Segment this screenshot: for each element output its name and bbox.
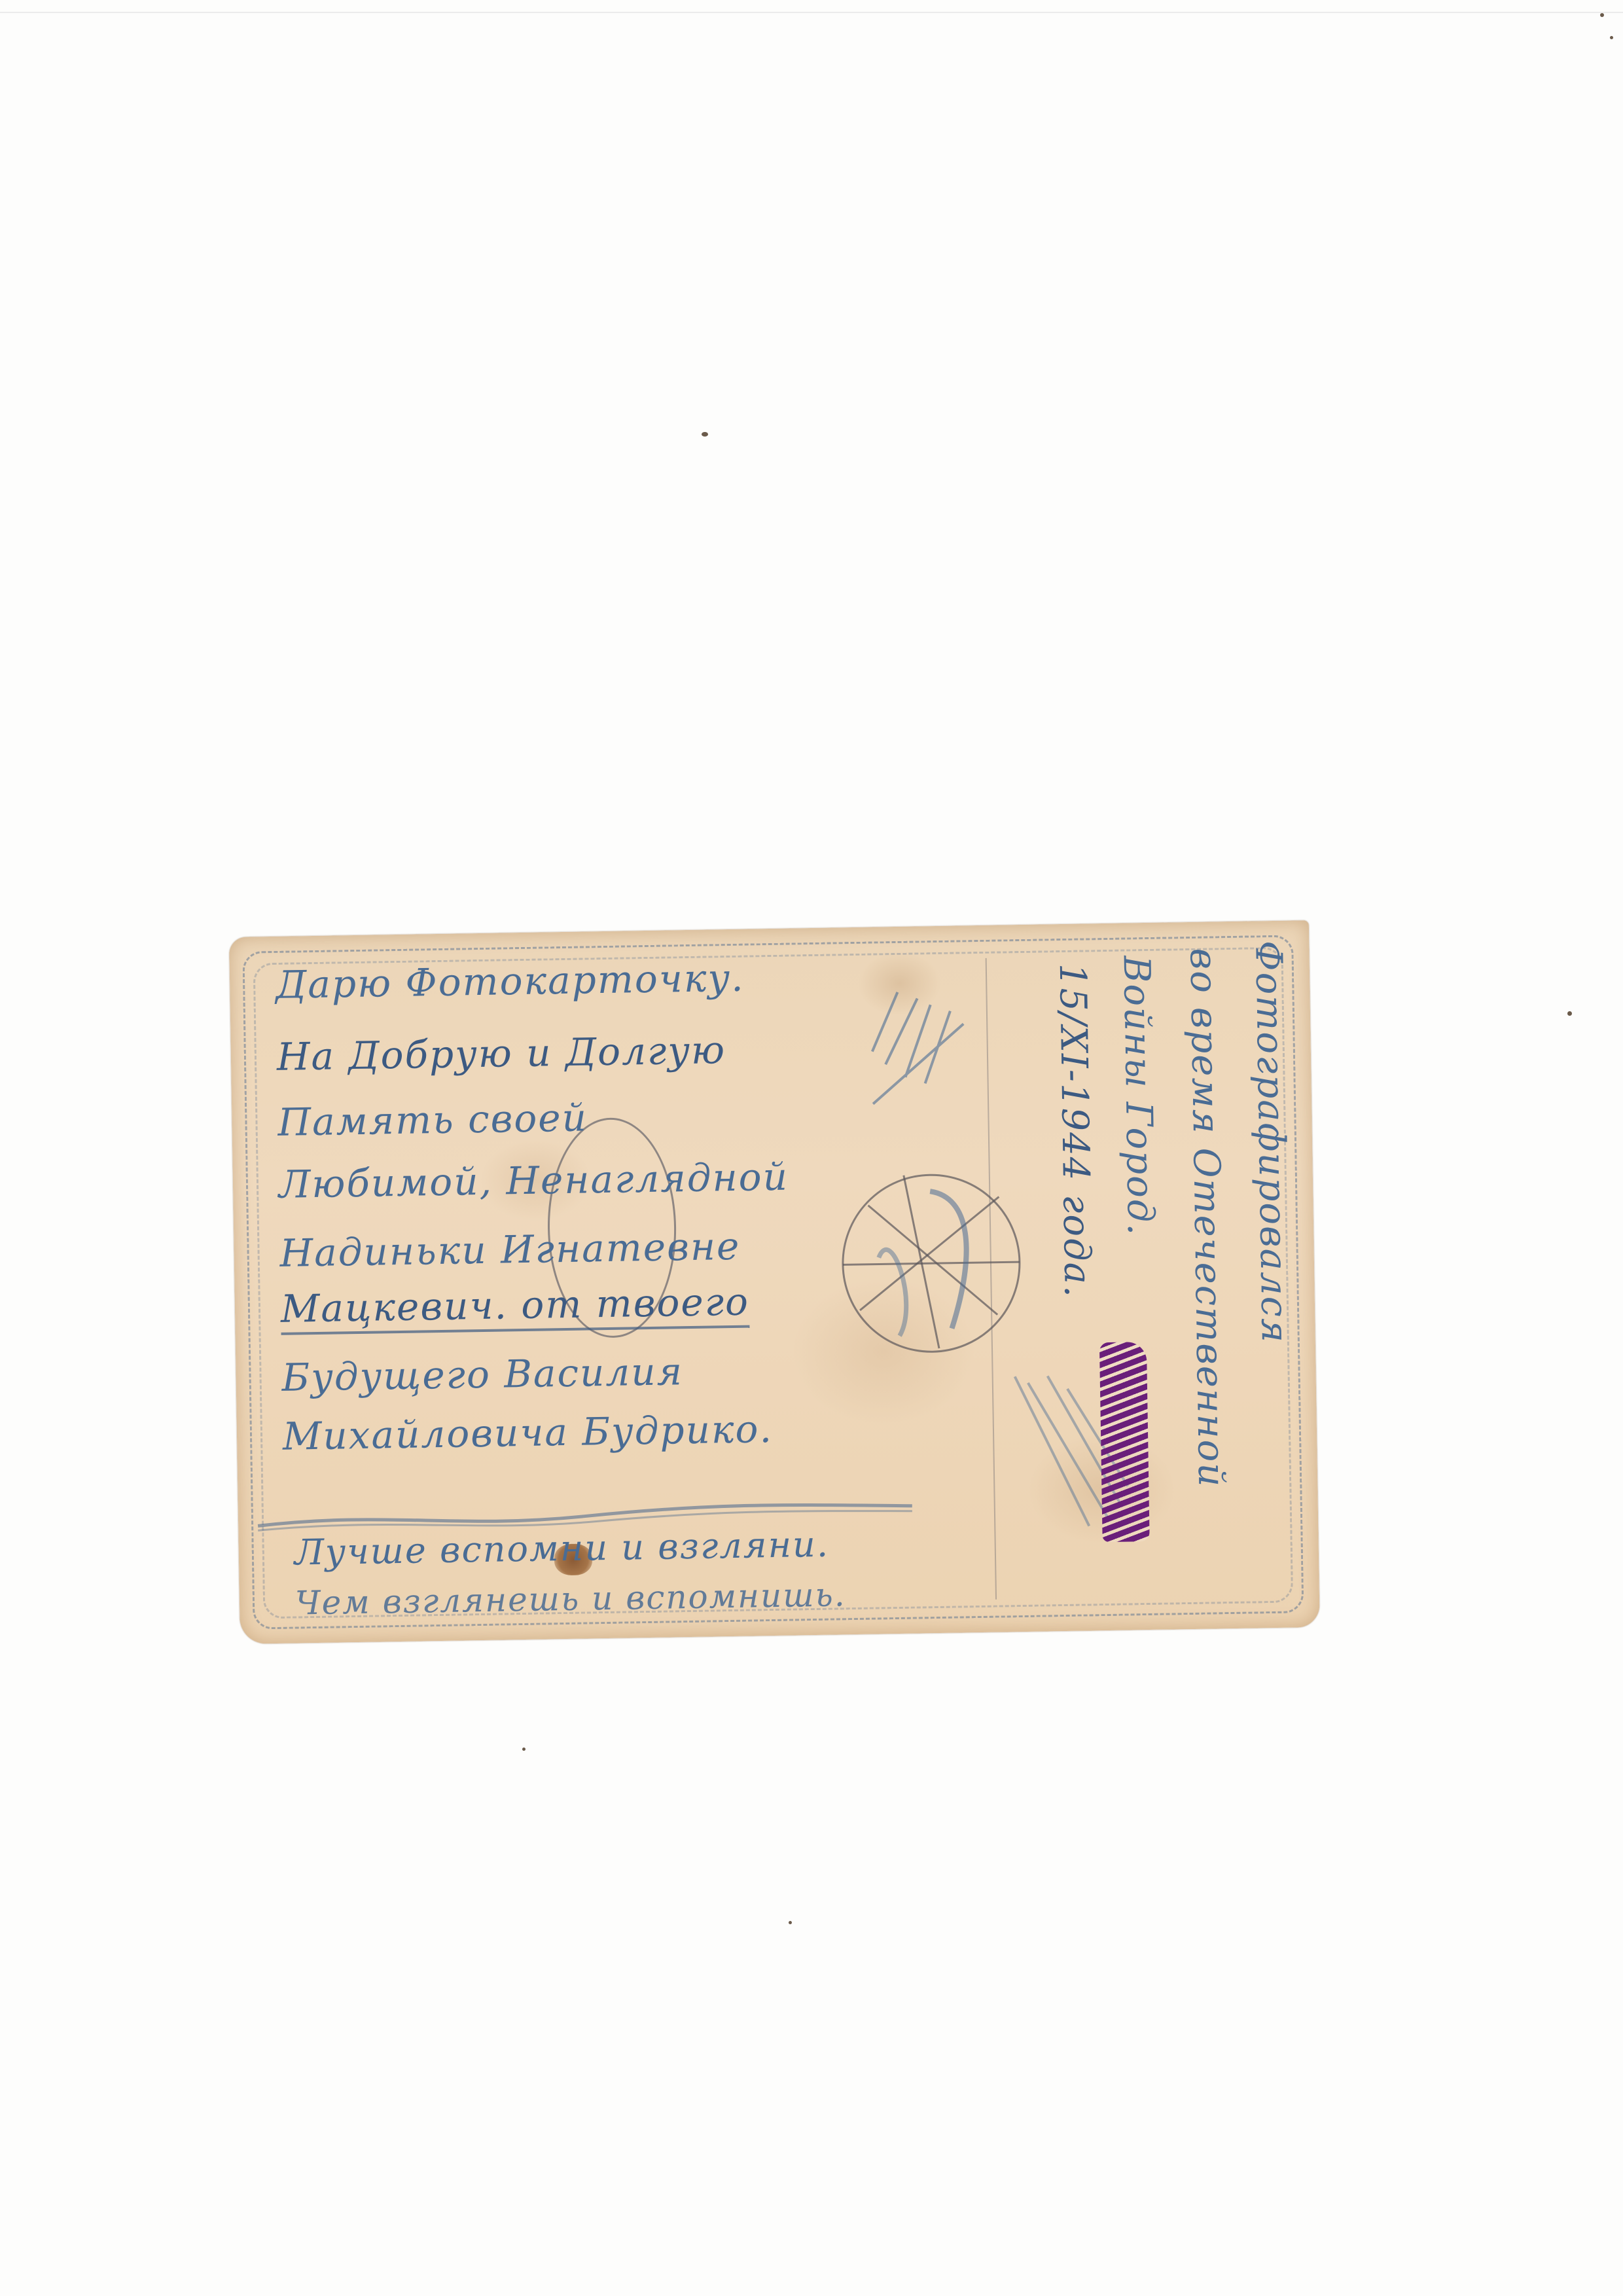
inscription-line: Михайловича Будрико.: [282, 1407, 773, 1459]
inscription-line: Мацкевич. от твоего: [280, 1280, 749, 1335]
dust-speck: [1567, 1011, 1572, 1016]
dust-speck: [789, 1921, 792, 1924]
inscription-line: Будущего Василия: [281, 1349, 683, 1400]
wheel-sketch-icon: [838, 1170, 1024, 1356]
inscription-line: Надиньки Игнатевне: [279, 1224, 741, 1276]
inscription-line: Память своей: [277, 1095, 588, 1144]
motto-line: Лучше вспомни и взгляни.: [294, 1524, 829, 1573]
scan-edge: [0, 12, 1623, 13]
inscription-line: Дарю Фотокарточку.: [276, 956, 745, 1007]
dust-speck: [522, 1748, 526, 1751]
photo-card-back: Дарю Фотокарточку. На Добрую и Долгую Па…: [229, 920, 1320, 1644]
purple-mark: [1099, 1342, 1150, 1542]
side-note-line: Войны Город.: [1115, 956, 1162, 1237]
dust-speck: [702, 432, 708, 437]
dust-speck: [1600, 13, 1604, 17]
dust-speck: [1610, 36, 1613, 39]
pen-scribble: [858, 984, 991, 1130]
inscription-line: Любимой, Ненаглядной: [278, 1155, 789, 1207]
side-note-line: во время Отечественной: [1181, 948, 1232, 1488]
side-note-date: 15/XI-1944 года.: [1051, 963, 1099, 1299]
inscription-line: На Добрую и Долгую: [276, 1028, 726, 1079]
side-note-line: Фотографировался: [1247, 941, 1296, 1344]
